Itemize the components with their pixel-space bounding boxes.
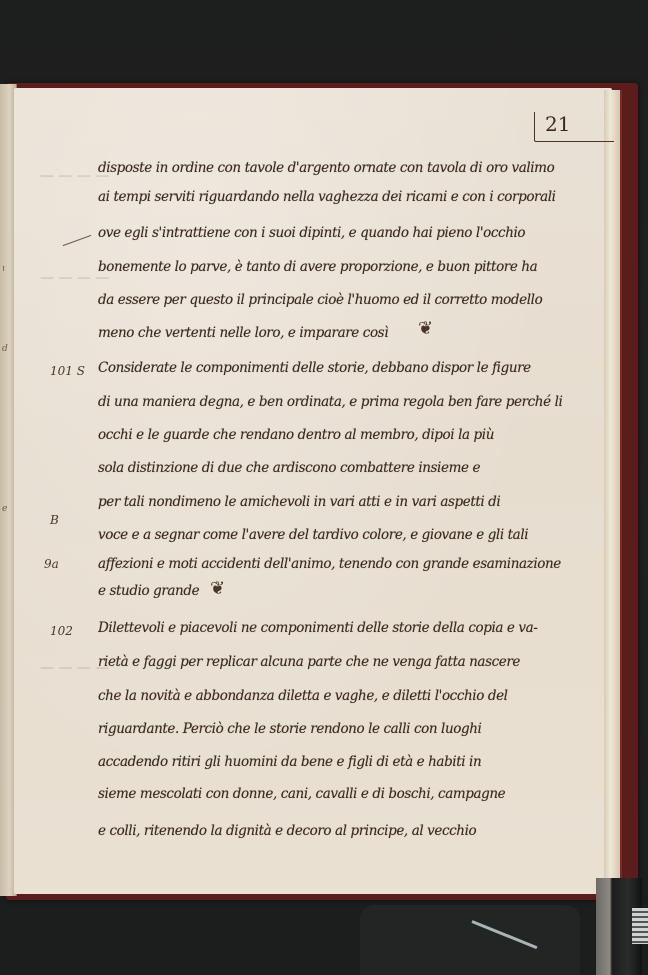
text-line: per tali nondimeno le amichevoli in vari… <box>98 494 600 510</box>
text-line: ove egli s'intrattiene con i suoi dipint… <box>98 225 600 241</box>
left-page-fragment: d <box>2 344 8 354</box>
text-line: meno che vertenti nelle loro, e imparare… <box>98 325 600 341</box>
clip-spring <box>632 908 648 944</box>
text-line: affezioni e moti accidenti dell'animo, t… <box>98 556 600 572</box>
folio-number: 21 <box>534 112 614 142</box>
text-line: occhi e le guarde che rendano dentro al … <box>98 427 600 443</box>
text-line: sieme mescolati con donne, cani, cavalli… <box>98 786 600 802</box>
text-line: sola distinzione di due che ardiscono co… <box>98 460 600 476</box>
text-line: Dilettevoli e piacevoli ne componimenti … <box>98 620 600 636</box>
book-holder <box>360 905 580 975</box>
margin-note: 9a <box>44 557 59 571</box>
text-line: rietà e faggi per replicar alcuna parte … <box>98 654 600 670</box>
text-line: Considerate le componimenti delle storie… <box>98 360 600 376</box>
flourish-ornament: ❦ <box>210 578 225 599</box>
text-line: bonemente lo parve, è tanto di avere pro… <box>98 259 600 275</box>
text-line: che la novità e abbondanza diletta e vag… <box>98 688 600 704</box>
left-page-fragment: ɩ <box>2 264 6 274</box>
left-page-fragment: e <box>2 504 7 514</box>
flourish-ornament: ❦ <box>418 318 433 339</box>
text-line: riguardante. Perciò che le storie rendon… <box>98 721 600 737</box>
text-line: accadendo ritiri gli huomini da bene e f… <box>98 754 600 770</box>
text-line: da essere per questo il principale cioè … <box>98 292 600 308</box>
text-line: disposte in ordine con tavole d'argento … <box>98 160 600 176</box>
page-fore-edge <box>604 90 622 896</box>
text-line: e colli, ritenendo la dignità e decoro a… <box>98 823 600 839</box>
text-line: e studio grande <box>98 583 600 599</box>
margin-note: 101 S <box>50 364 85 378</box>
manuscript-page <box>14 88 612 894</box>
text-line: voce e a segnar come l'avere del tardivo… <box>98 527 600 543</box>
margin-note: B <box>50 513 59 527</box>
text-line: ai tempi serviti riguardando nella vaghe… <box>98 189 600 205</box>
margin-note: 102 <box>50 624 73 638</box>
text-line: di una maniera degna, e ben ordinata, e … <box>98 394 600 410</box>
